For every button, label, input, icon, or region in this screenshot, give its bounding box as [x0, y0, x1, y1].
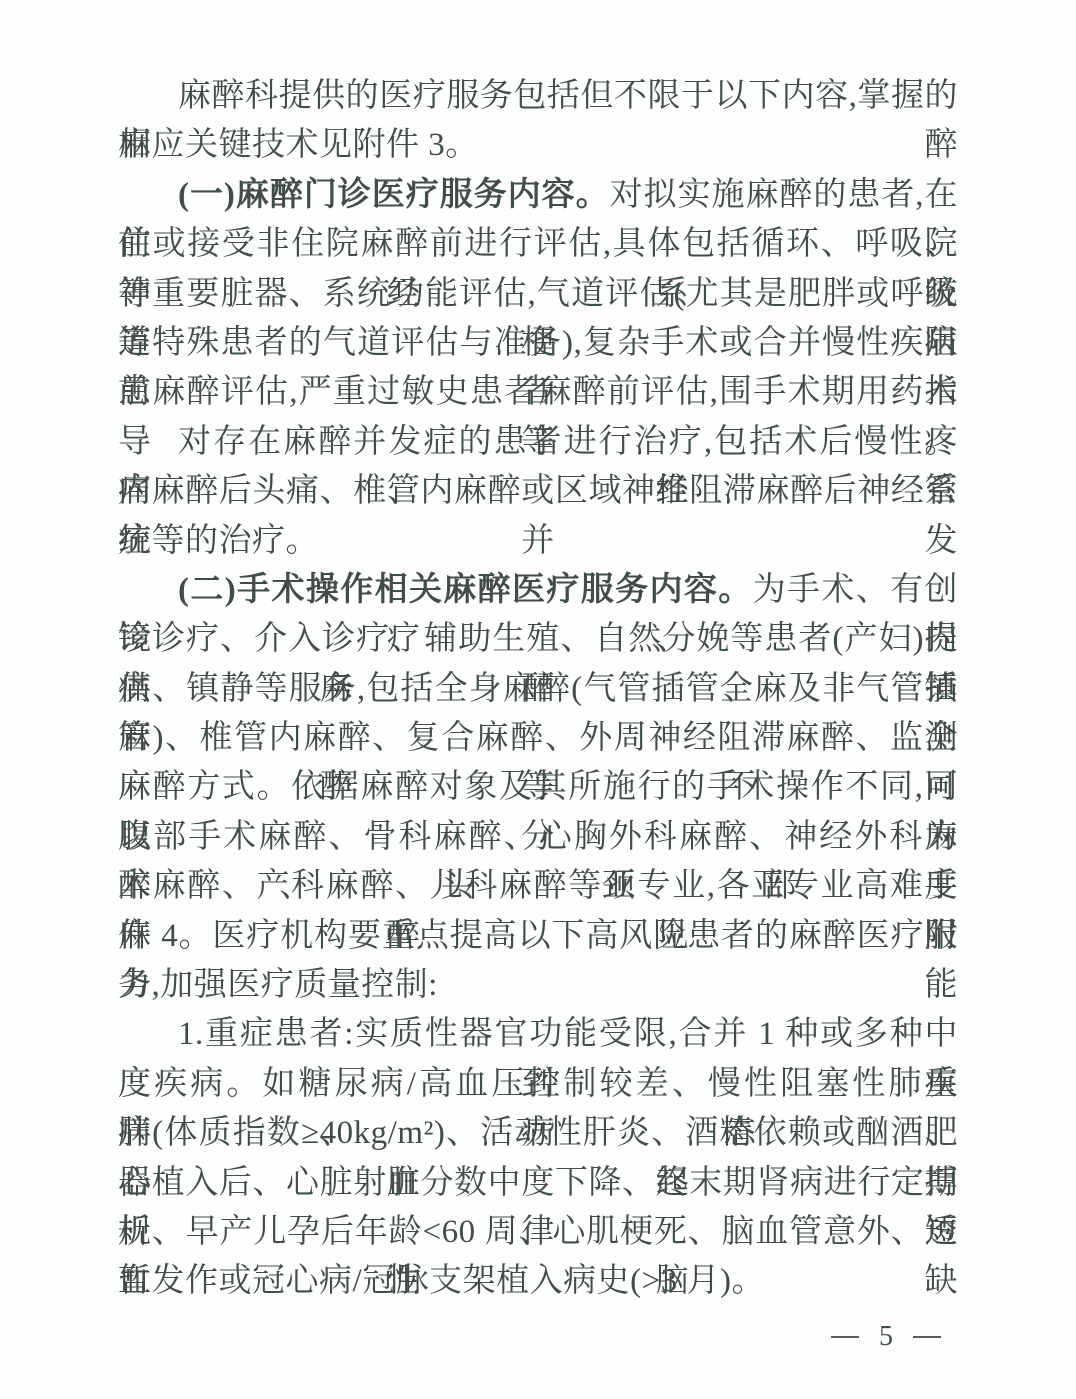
footer-left-dash	[831, 1336, 859, 1338]
body-text: 症等的治疗。	[118, 523, 319, 559]
footer-right-dash	[913, 1336, 941, 1338]
text-line-6: 等特殊患者的气道评估与准备),复杂手术或合并慢性疾病患者术	[118, 319, 958, 368]
text-line-3: (一)麻醉门诊医疗服务内容。对拟实施麻醉的患者,在住院	[118, 171, 958, 220]
text-line-23: 器植入后、心脏射血分数中度下降、终末期肾病进行定期规律透	[118, 1159, 958, 1208]
body-text: 血发作或冠心病/冠脉支架植入病史(>3 月)。	[118, 1263, 765, 1299]
text-line-13: 痛、镇静等服务,包括全身麻醉(气管插管全麻及非气管插管全	[118, 665, 958, 714]
text-line-21: 度疾病。如糖尿病/高血压控制较差、慢性阻塞性肺疾病、病态肥	[118, 1060, 958, 1109]
text-line-14: 麻)、椎管内麻醉、复合麻醉、外周神经阻滞麻醉、监测麻醉等不同	[118, 714, 958, 763]
text-line-9: 内麻醉后头痛、椎管内麻醉或区域神经阻滞麻醉后神经系统并发	[118, 467, 958, 516]
heading-run-in: (一)麻醉门诊医疗服务内容。	[178, 177, 610, 213]
text-line-20: 1.重症患者:实质性器官功能受限,合并 1 种或多种中度到重	[118, 1010, 958, 1059]
text-line-15: 麻醉方式。依据麻醉对象及其所施行的手术操作不同,可以分为	[118, 763, 958, 812]
text-line-8: 对存在麻醉并发症的患者进行治疗,包括术后慢性疼痛、椎管	[118, 418, 958, 467]
text-line-7: 前麻醉评估,严重过敏史患者麻醉前评估,围手术期用药指导等。	[118, 368, 958, 417]
text-line-18: 件 4。医疗机构要重点提高以下高风险患者的麻醉医疗服务能	[118, 912, 958, 961]
text-line-16: 腹部手术麻醉、骨科麻醉、心胸外科麻醉、神经外科麻醉、头颈部手	[118, 813, 958, 862]
heading-run-in: (二)手术操作相关麻醉医疗服务内容。	[178, 572, 753, 608]
text-line-4: 前或接受非住院麻醉前进行评估,具体包括循环、呼吸、神经系统	[118, 220, 958, 269]
document-page: 麻醉科提供的医疗服务包括但不限于以下内容,掌握的麻醉相应关键技术见附件 3。(一…	[0, 0, 1076, 1399]
text-block: 麻醉科提供的医疗服务包括但不限于以下内容,掌握的麻醉相应关键技术见附件 3。(一…	[118, 72, 958, 1307]
page-footer: 5	[831, 1320, 941, 1354]
body-text: 相应关键技术见附件 3。	[118, 127, 479, 163]
text-line-24: 析、早产儿孕后年龄<60 周、心肌梗死、脑血管意外、短暂性脑缺	[118, 1208, 958, 1257]
body-text: 力,加强医疗质量控制:	[118, 967, 438, 1003]
text-line-5: 等重要脏器、系统功能评估,气道评估(尤其是肥胖或呼吸道梗阻	[118, 270, 958, 319]
text-line-22: 胖(体质指数≥40kg/m²)、活动性肝炎、酒精依赖或酗酒、心脏起搏	[118, 1109, 958, 1158]
text-line-11: (二)手术操作相关麻醉医疗服务内容。为手术、有创诊疗、内	[118, 566, 958, 615]
text-line-17: 术麻醉、产科麻醉、儿科麻醉等亚专业,各亚专业高难度麻醉见附	[118, 862, 958, 911]
page-number: 5	[879, 1323, 893, 1351]
text-line-1: 麻醉科提供的医疗服务包括但不限于以下内容,掌握的麻醉	[118, 72, 958, 121]
text-line-12: 镜诊疗、介入诊疗、辅助生殖、自然分娩等患者(产妇)提供麻醉、镇	[118, 615, 958, 664]
